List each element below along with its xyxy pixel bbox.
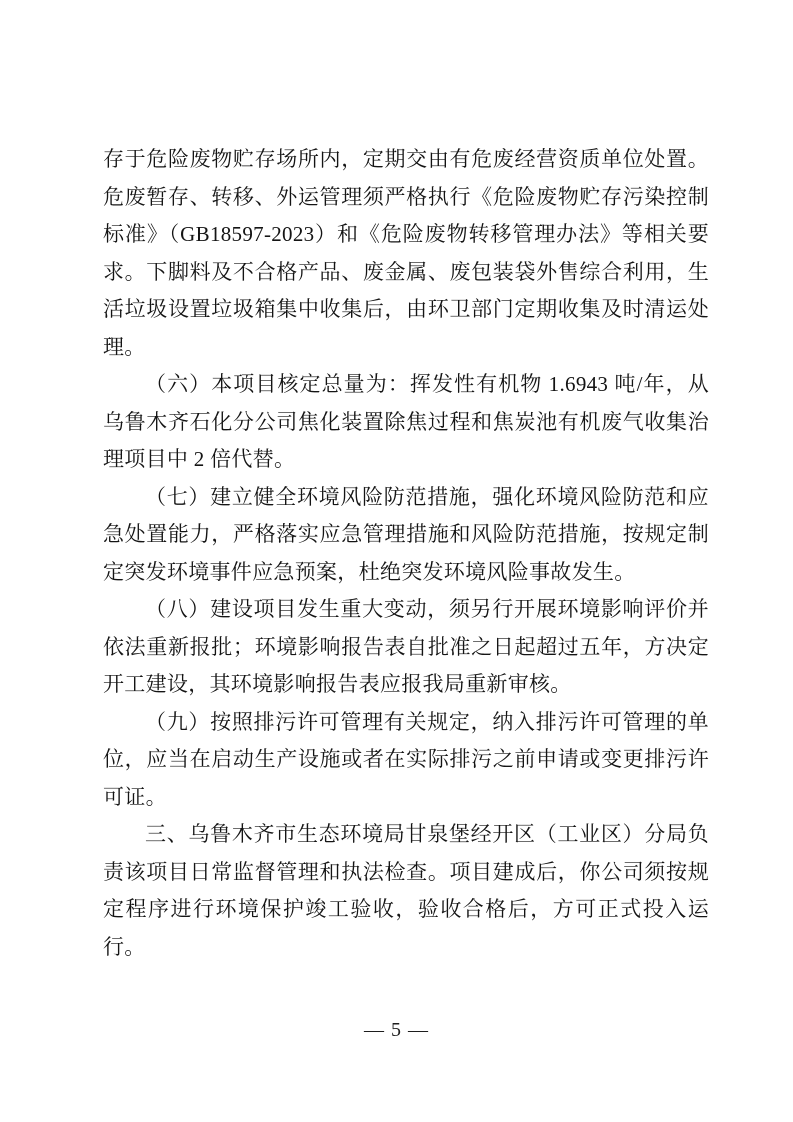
paragraph-continuation-hazardous-waste: 存于危险废物贮存场所内，定期交由有危废经营资质单位处置。危废暂存、转移、外运管理… (103, 141, 709, 366)
paragraph-item-seven-risk-prevention: （七）建立健全环境风险防范措施，强化环境风险防范和应急处置能力，严格落实应急管理… (103, 479, 709, 592)
page-number: — 5 — (0, 1016, 793, 1044)
paragraph-section-three-supervision: 三、乌鲁木齐市生态环境局甘泉堡经开区（工业区）分局负责该项目日常监督管理和执法检… (103, 816, 709, 966)
paragraph-item-eight-major-change: （八）建设项目发生重大变动，须另行开展环境影响评价并依法重新报批；环境影响报告表… (103, 591, 709, 704)
paragraph-item-six-total-quota: （六）本项目核定总量为：挥发性有机物 1.6943 吨/年，从乌鲁木齐石化分公司… (103, 366, 709, 479)
document-page: 存于危险废物贮存场所内，定期交由有危废经营资质单位处置。危废暂存、转移、外运管理… (0, 0, 793, 1122)
document-body: 存于危险废物贮存场所内，定期交由有危废经营资质单位处置。危废暂存、转移、外运管理… (103, 141, 709, 966)
paragraph-item-nine-pollutant-permit: （九）按照排污许可管理有关规定，纳入排污许可管理的单位，应当在启动生产设施或者在… (103, 704, 709, 817)
